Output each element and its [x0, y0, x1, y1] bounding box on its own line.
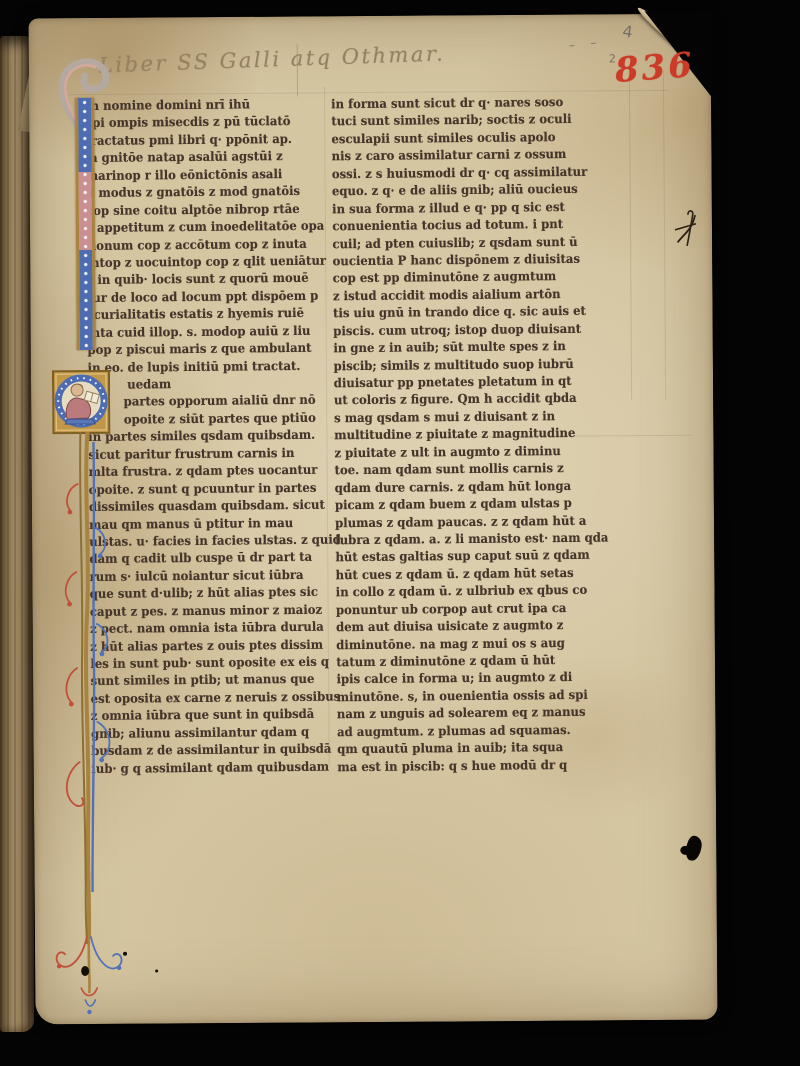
manuscript-line: la gnitōe natap asalūi agstūi z: [86, 147, 321, 167]
manuscript-line: tionum cop z accōtum cop z inuta: [86, 234, 321, 254]
manuscript-line: qm quautū pluma in auib; ita squa: [337, 738, 597, 758]
manuscript-line: ma est in piscib: q s hue modū dr q: [337, 755, 597, 775]
manuscript-line: hūt estas galtias sup caput suū z qdam: [335, 546, 595, 566]
manuscript-line: diminutōne. na mag z mui os s aug: [336, 633, 596, 653]
manuscript-line: toe. nam qdam sunt mollis carnis z: [334, 459, 594, 479]
manuscript-line: intop z uocuintop cop z qlit ueniātur: [87, 252, 322, 272]
manuscript-line: cop sine coitu alptōe nibrop rtāe: [86, 199, 321, 219]
manuscript-line: in eo. de lupis initiū pmi tractat.: [88, 356, 323, 376]
manuscript-line: xpi ompis misecdis z pū tūclatō: [85, 112, 320, 132]
manuscript-line: z appetitum z cum inoedelitatōe opa: [86, 217, 321, 237]
ink-speck: [123, 952, 127, 956]
manuscript-line: in gne z in auib; sūt multe spes z in: [333, 337, 593, 357]
manuscript-line: equo. z q· e de aliis gnib; aliū oucieus: [332, 180, 592, 200]
manuscript-line: multitudine z piuitate z magnitudine: [334, 424, 594, 444]
illuminated-border-bar: [75, 98, 96, 350]
manuscript-line: ū modus z gnatōis z mod gnatōis: [86, 182, 321, 202]
pencil-dash-marks: – –: [568, 35, 603, 53]
illuminated-initial-Q: [52, 370, 110, 434]
manuscript-line: in collo z qdam ū. z ulbriub ex qbus co: [336, 581, 596, 601]
pen-flourish-tail: [37, 432, 137, 1017]
manuscript-line: inta cuid illop. s. modop auiū z liu: [87, 321, 322, 341]
manuscript-line: scurialitatis estatis z hyemis ruiē: [87, 304, 322, 324]
manuscript-line: tractatus pmi libri q· ppōnit ap.: [85, 130, 320, 150]
manuscript-line: cop est pp diminutōne z augmtum: [333, 267, 593, 287]
manuscript-line: pop z piscui maris z que ambulant: [87, 339, 322, 359]
manuscript-line: nis z caro assimilatur carni z ossum: [332, 145, 592, 165]
scribe-head: [71, 384, 83, 396]
manuscript-line: uedam: [127, 374, 323, 393]
manuscript-line: marinop r illo eōnictōnis asali: [86, 164, 321, 184]
manuscript-line: partes opporum aialiū dnr nō: [124, 391, 323, 410]
manuscript-line: nam z unguis ad solearem eq z manus: [337, 703, 597, 723]
ruling-line-vertical: [663, 70, 666, 400]
pencil-quire-mark: 2: [609, 52, 616, 65]
margin-pen-mark: [672, 208, 700, 252]
manuscript-line: tur de loco ad locum ppt dispōem p: [87, 287, 322, 307]
scribe-bench: [65, 419, 95, 424]
manuscript-page: Liber SS Galli atq Othmar. 836 – – 4 2 I…: [28, 14, 717, 1025]
ink-speck: [81, 966, 89, 976]
ruling-line-vertical: [629, 70, 632, 400]
manuscript-line: conuenientia tocius ad totum. i pnt: [332, 215, 592, 235]
manuscript-line: In nomine domini nrī ihū: [85, 95, 320, 115]
ink-speck: [155, 970, 158, 973]
text-column-right: in forma sunt sicut dr q· nares sosotuci…: [331, 93, 597, 776]
manuscript-line: picam z qdam buem z qdam ulstas p: [335, 494, 595, 514]
folio-number: 836: [613, 45, 696, 91]
header-inscription: Liber SS Galli atq Othmar.: [98, 40, 499, 78]
ink-blot: [680, 846, 690, 855]
manuscript-line: z in quib· locis sunt z quorū mouē: [87, 269, 322, 289]
manuscript-line: dem aut diuisa uisicate z augmto z: [336, 616, 596, 636]
pencil-numeral: 4: [621, 22, 634, 42]
manuscript-line: opoite z siūt partes que ptiūo: [124, 409, 323, 428]
manuscript-line: tis uiu gnū in trando dice q. sic auis e…: [333, 302, 593, 322]
